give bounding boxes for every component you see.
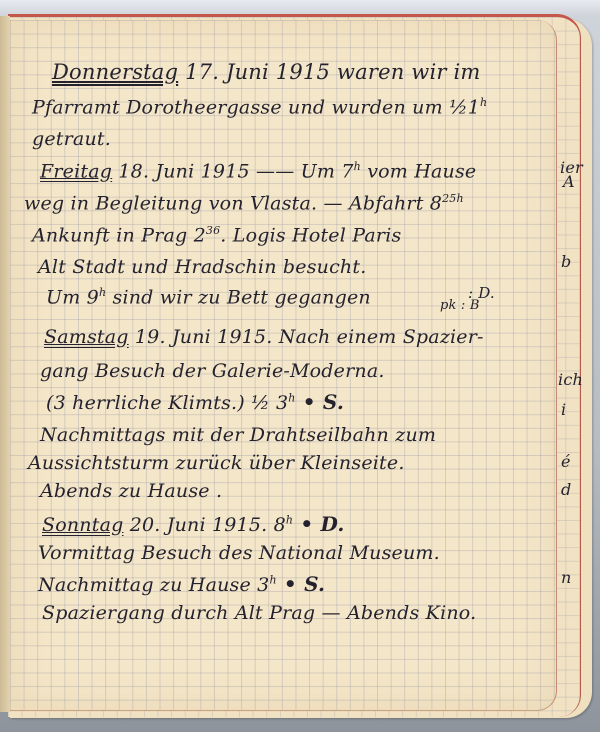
entry-text: 20. Juni 1915. 8 xyxy=(130,514,286,536)
entry-text: sind wir zu Bett gegangen xyxy=(113,286,371,308)
time-superscript: h xyxy=(480,96,487,109)
entry-text: • S. xyxy=(296,390,344,414)
day-heading: Samstag xyxy=(44,326,129,348)
time-superscript: 25h xyxy=(442,192,464,205)
entry-text: Ankunft in Prag 2 xyxy=(32,224,206,246)
notebook-binding xyxy=(0,16,10,712)
entry-line: gang Besuch der Galerie-Moderna. xyxy=(40,360,385,382)
entry-text: 17. Juni 1915 waren wir im xyxy=(185,60,480,84)
entry-line: Alt Stadt und Hradschin besucht. xyxy=(38,256,366,278)
entry-line: Nachmittags mit der Drahtseilbahn zum xyxy=(40,424,436,446)
time-superscript: h xyxy=(354,160,361,173)
fragment-text: i xyxy=(561,400,566,419)
entry-text: . Logis Hotel Paris xyxy=(220,224,401,246)
entry-line: Ankunft in Prag 236. Logis Hotel Paris xyxy=(32,224,401,246)
entry-line: Aussichtsturm zurück über Kleinseite. xyxy=(28,452,405,474)
fragment-text: A xyxy=(563,172,575,191)
entry-line: Sonntag 20. Juni 1915. 8h • D. xyxy=(42,512,345,536)
fragment-text: ich xyxy=(558,370,583,389)
time-superscript: h xyxy=(288,392,295,405)
entry-text: • S. xyxy=(277,572,325,596)
entry-text: • D. xyxy=(293,512,344,536)
entry-text: (3 herrliche Klimts.) ½ 3 xyxy=(46,392,288,414)
marginal-mark: pk : B xyxy=(440,298,480,313)
entry-line: weg in Begleitung von Vlasta. — Abfahrt … xyxy=(24,192,464,214)
fragment-text: n xyxy=(561,568,572,587)
entry-text: Pfarramt Dorotheergasse und wurden um ½1 xyxy=(32,96,480,118)
entry-line: (3 herrliche Klimts.) ½ 3h • S. xyxy=(46,390,344,414)
entry-line: Um 9h sind wir zu Bett gegangen xyxy=(46,286,371,308)
day-heading: Sonntag xyxy=(42,514,123,536)
fragment-text: é xyxy=(561,452,571,471)
fragment-text: d xyxy=(561,480,571,499)
entry-line: Pfarramt Dorotheergasse und wurden um ½1… xyxy=(32,96,487,118)
entry-line: Spaziergang durch Alt Prag — Abends Kino… xyxy=(42,602,476,624)
time-superscript: 36 xyxy=(206,224,220,237)
day-heading: Freitag xyxy=(40,160,112,182)
time-superscript: h xyxy=(99,286,106,299)
entry-text: 18. Juni 1915 —— Um 7 xyxy=(118,160,353,182)
day-heading: Donnerstag xyxy=(52,60,178,84)
entry-line: Samstag 19. Juni 1915. Nach einem Spazie… xyxy=(44,326,484,348)
entry-text: 19. Juni 1915. Nach einem Spazier- xyxy=(135,326,484,348)
entry-line: getraut. xyxy=(32,128,111,150)
entry-text: weg in Begleitung von Vlasta. — Abfahrt … xyxy=(24,192,442,214)
fragment-text: b xyxy=(561,252,571,271)
entry-text: Nachmittag zu Hause 3 xyxy=(38,574,269,596)
entry-text: Um 9 xyxy=(46,286,99,308)
entry-line: Vormittag Besuch des National Museum. xyxy=(38,542,440,564)
entry-text: vom Hause xyxy=(367,160,476,182)
entry-line: Abends zu Hause . xyxy=(40,480,222,502)
entry-line: Nachmittag zu Hause 3h • S. xyxy=(38,572,325,596)
entry-line: Donnerstag 17. Juni 1915 waren wir im xyxy=(52,60,481,84)
time-superscript: h xyxy=(269,574,276,587)
entry-line: Freitag 18. Juni 1915 —— Um 7h vom Hause xyxy=(40,160,476,182)
